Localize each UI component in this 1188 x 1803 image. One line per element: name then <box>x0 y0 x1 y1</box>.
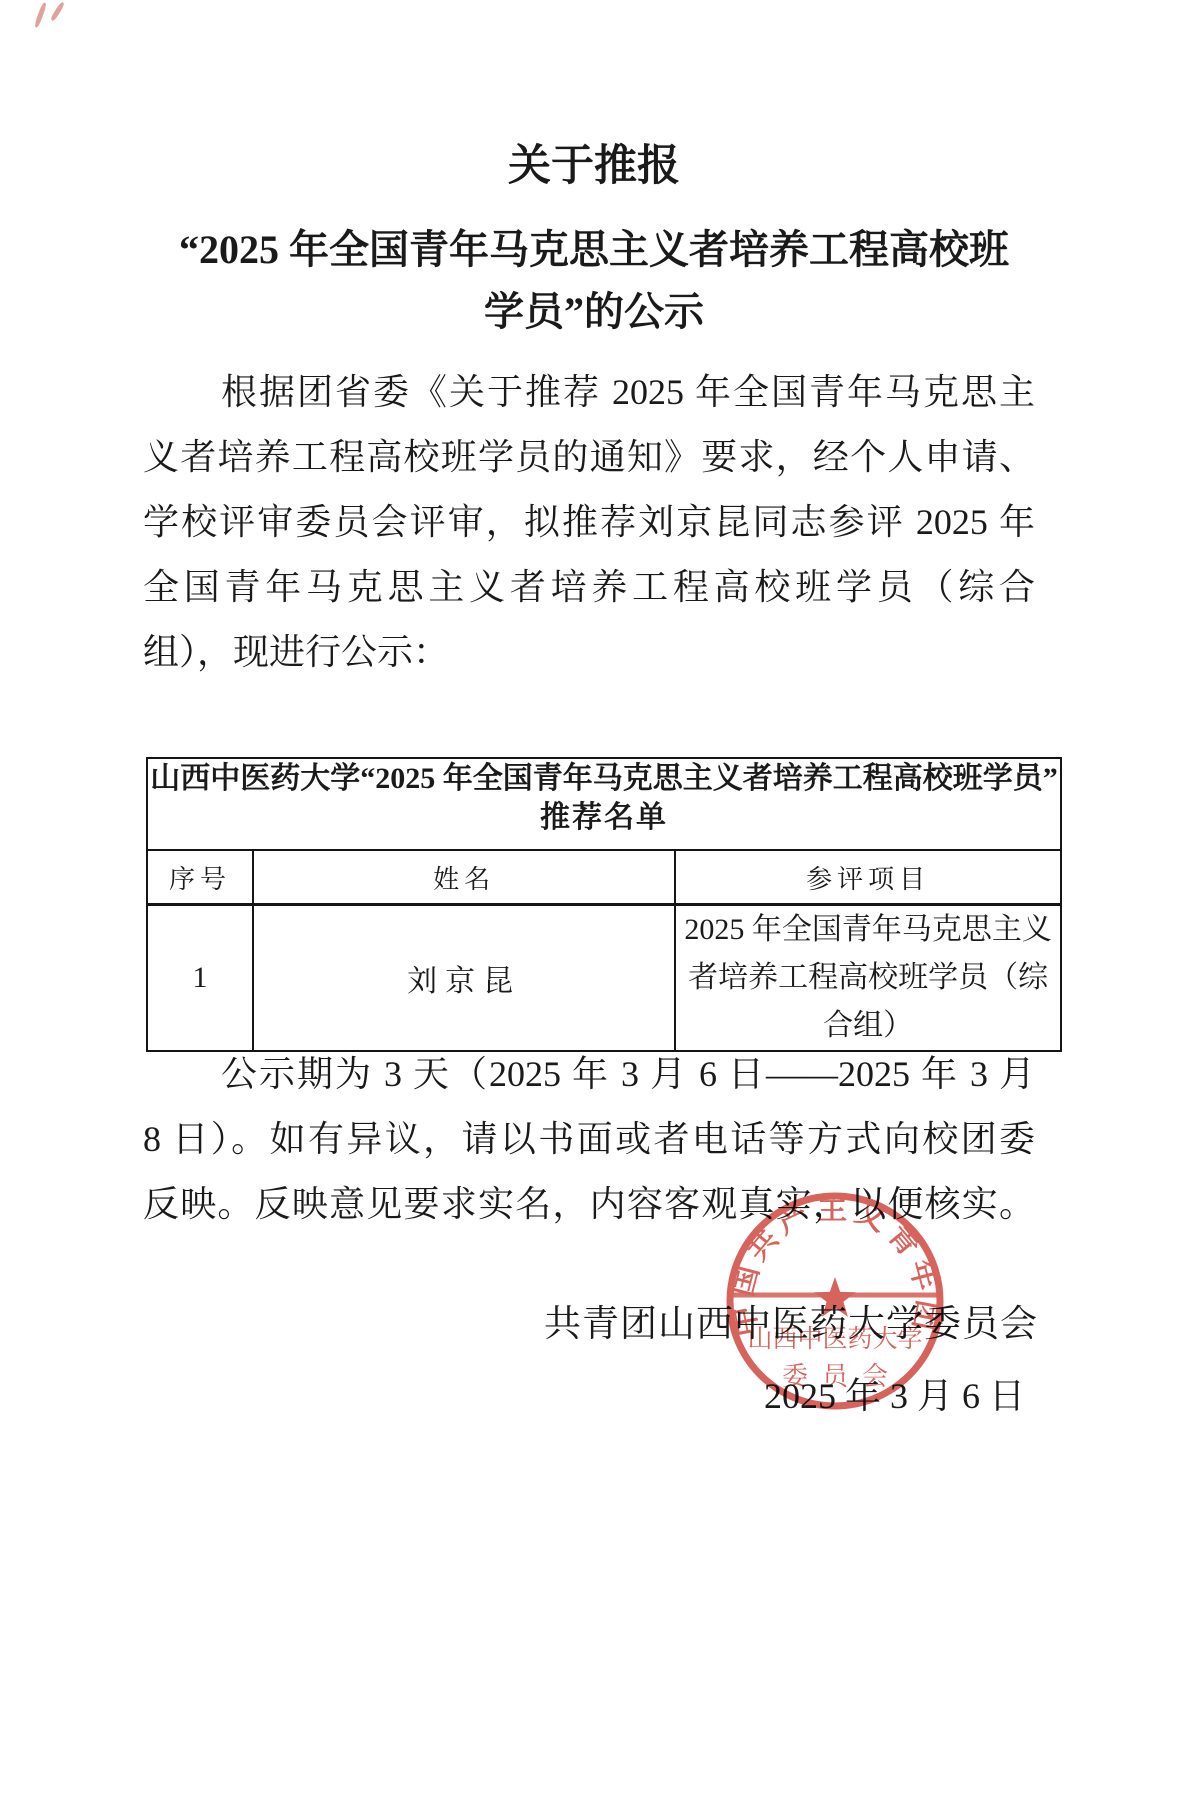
signature-organization: 共青团山西中医药大学委员会 <box>544 1293 1038 1347</box>
paragraph-publicity-line1: 公示期为 3 天（2025 年 3 月 6 日——2025 年 3 月 <box>143 1042 1035 1107</box>
recommendation-table: 山西中医药大学“2025 年全国青年马克思主义者培养工程高校班学员” 推荐名单 … <box>146 757 1062 1052</box>
document-title-line2: “2025 年全国青年马克思主义者培养工程高校班 <box>0 218 1188 275</box>
paragraph-publicity-line2: 8 日）。如有异议，请以书面或者电话等方式向校团委 <box>143 1107 1035 1172</box>
table-title-cell: 山西中医药大学“2025 年全国青年马克思主义者培养工程高校班学员” 推荐名单 <box>147 758 1061 850</box>
cell-project: 2025 年全国青年马克思主义者培养工程高校班学员（综合组） <box>675 905 1061 1052</box>
paragraph-intro-line5: 组），现进行公示： <box>143 620 1035 685</box>
paragraph-intro-line3: 学校评审委员会评审，拟推荐刘京昆同志参评 2025 年 <box>143 490 1035 555</box>
paragraph-intro-line2: 义者培养工程高校班学员的通知》要求，经个人申请、 <box>143 425 1035 490</box>
table-title-row: 山西中医药大学“2025 年全国青年马克思主义者培养工程高校班学员” 推荐名单 <box>147 758 1061 850</box>
column-header-no: 序号 <box>147 850 253 905</box>
document-title-line3: 学员”的公示 <box>0 280 1188 337</box>
table-title-line1: 山西中医药大学“2025 年全国青年马克思主义者培养工程高校班学员” <box>148 759 1060 798</box>
paragraph-intro: 根据团省委《关于推荐 2025 年全国青年马克思主 义者培养工程高校班学员的通知… <box>143 360 1035 685</box>
red-pen-stroke <box>34 2 48 28</box>
signature-date: 2025 年 3 月 6 日 <box>764 1368 1025 1419</box>
paragraph-intro-line4: 全国青年马克思主义者培养工程高校班学员（综合 <box>143 555 1035 620</box>
cell-name: 刘京昆 <box>253 905 675 1052</box>
red-pen-stroke <box>50 1 65 21</box>
paragraph-publicity-line3: 反映。反映意见要求实名，内容客观真实，以便核实。 <box>143 1172 1035 1237</box>
column-header-project: 参评项目 <box>675 850 1061 905</box>
red-pen-artifact <box>28 0 88 32</box>
table-title-line2: 推荐名单 <box>148 798 1060 837</box>
document-title-line1: 关于推报 <box>0 132 1188 193</box>
cell-no: 1 <box>147 905 253 1052</box>
paragraph-intro-line1: 根据团省委《关于推荐 2025 年全国青年马克思主 <box>143 360 1035 425</box>
paragraph-publicity-period: 公示期为 3 天（2025 年 3 月 6 日——2025 年 3 月 8 日）… <box>143 1042 1035 1237</box>
table-row: 1 刘京昆 2025 年全国青年马克思主义者培养工程高校班学员（综合组） <box>147 905 1061 1052</box>
table-header-row: 序号 姓名 参评项目 <box>147 850 1061 905</box>
column-header-name: 姓名 <box>253 850 675 905</box>
document-page: 关于推报 “2025 年全国青年马克思主义者培养工程高校班 学员”的公示 根据团… <box>0 0 1188 1803</box>
